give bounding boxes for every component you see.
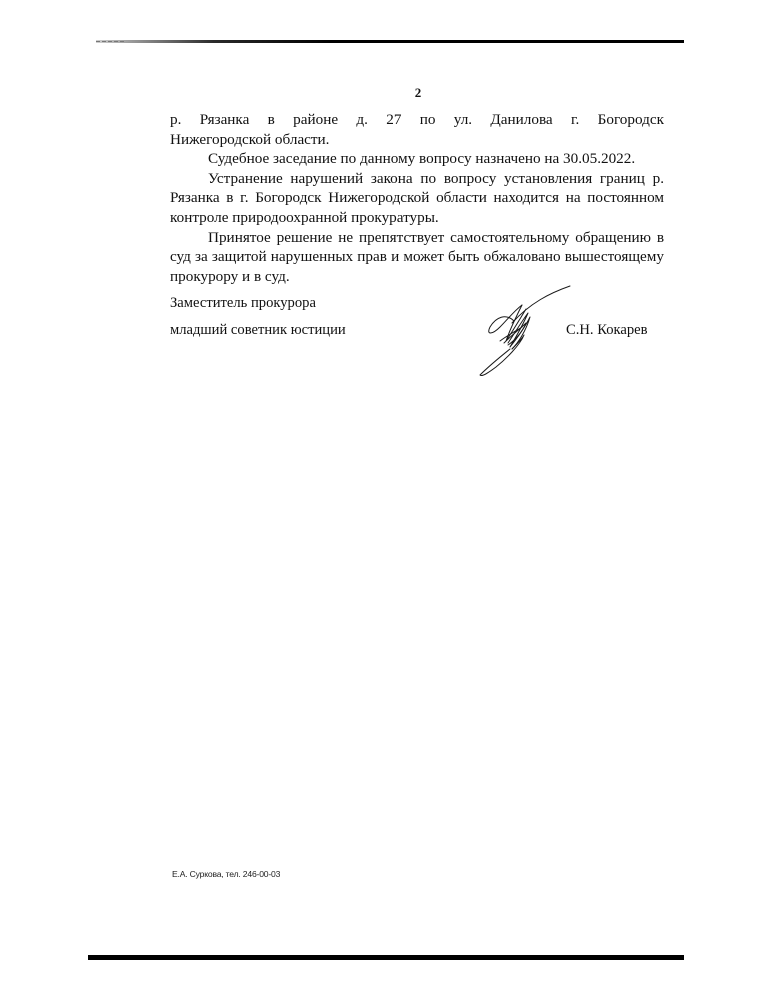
handwritten-signature-icon xyxy=(470,283,580,379)
top-rule-dash xyxy=(96,41,126,42)
paragraph-appeal: Принятое решение не препятствует самосто… xyxy=(170,228,664,287)
executor-contact: Е.А. Суркова, тел. 246-00-03 xyxy=(172,869,280,879)
page-number: 2 xyxy=(408,85,428,101)
signer-rank: младший советник юстиции xyxy=(170,321,346,339)
top-rule xyxy=(96,40,684,43)
paragraph-continuation-line2: Нижегородской области. xyxy=(170,130,664,150)
bottom-rule xyxy=(88,955,684,960)
paragraph-continuation-line1: р. Рязанка в районе д. 27 по ул. Данилов… xyxy=(170,110,664,130)
letter-body: р. Рязанка в районе д. 27 по ул. Данилов… xyxy=(170,110,664,286)
paragraph-court-hearing: Судебное заседание по данному вопросу на… xyxy=(170,149,664,169)
signer-position: Заместитель прокурора xyxy=(170,294,316,312)
paragraph-control: Устранение нарушений закона по вопросу у… xyxy=(170,169,664,228)
